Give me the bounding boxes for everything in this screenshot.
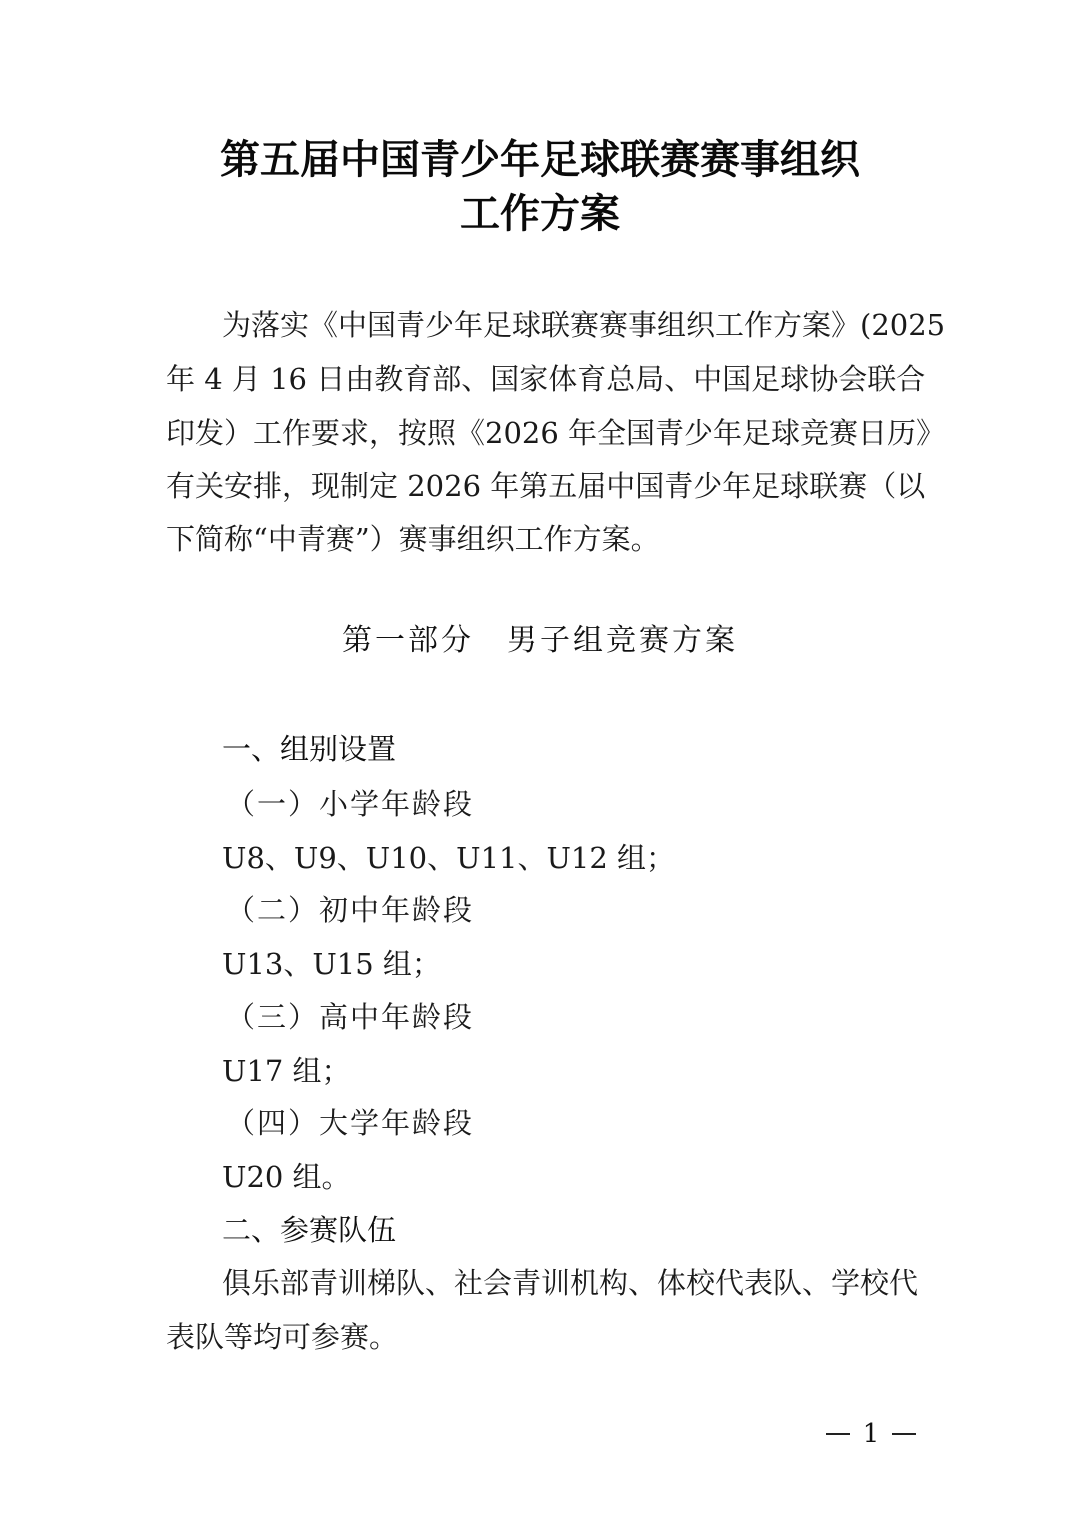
document-title-line-1: 第五届中国青少年足球联赛赛事组织: [0, 136, 1080, 184]
intro-paragraph-line: 年 4 月 16 日由教育部、国家体育总局、中国足球协会联合: [166, 359, 916, 399]
section-heading-teams: 二、参赛队伍: [222, 1210, 396, 1250]
part-heading: 第一部分 男子组竞赛方案: [0, 621, 1080, 661]
page-number-left-dash: [826, 1433, 850, 1435]
section-heading-group-setup: 一、组别设置: [222, 729, 396, 769]
subsection-heading-senior-high: （三）高中年龄段: [226, 997, 474, 1037]
page-number: 1: [826, 1419, 916, 1449]
page-number-right-dash: [892, 1433, 916, 1435]
subsection-content-senior-high: U17 组；: [222, 1051, 351, 1091]
subsection-heading-primary: （一）小学年龄段: [226, 784, 474, 824]
page-number-value: 1: [863, 1419, 880, 1449]
document-title-line-2: 工作方案: [0, 190, 1080, 238]
teams-paragraph-line: 俱乐部青训梯队、社会青训机构、体校代表队、学校代: [222, 1263, 916, 1303]
intro-paragraph-line: 下简称“中青赛”）赛事组织工作方案。: [166, 519, 916, 559]
subsection-content-junior-high: U13、U15 组；: [222, 944, 441, 984]
intro-paragraph-line: 有关安排，现制定 2026 年第五届中国青少年足球联赛（以: [166, 466, 916, 506]
subsection-heading-junior-high: （二）初中年龄段: [226, 890, 474, 930]
intro-paragraph-line: 印发）工作要求，按照《2026 年全国青少年足球竞赛日历》: [166, 413, 916, 453]
teams-paragraph-line: 表队等均可参赛。: [166, 1317, 916, 1357]
subsection-content-university: U20 组。: [222, 1157, 351, 1197]
intro-paragraph-line: 为落实《中国青少年足球联赛赛事组织工作方案》(2025: [222, 305, 916, 345]
subsection-content-primary: U8、U9、U10、U11、U12 组；: [222, 838, 675, 878]
document-page: 第五届中国青少年足球联赛赛事组织 工作方案 为落实《中国青少年足球联赛赛事组织工…: [0, 0, 1080, 1527]
subsection-heading-university: （四）大学年龄段: [226, 1103, 474, 1143]
